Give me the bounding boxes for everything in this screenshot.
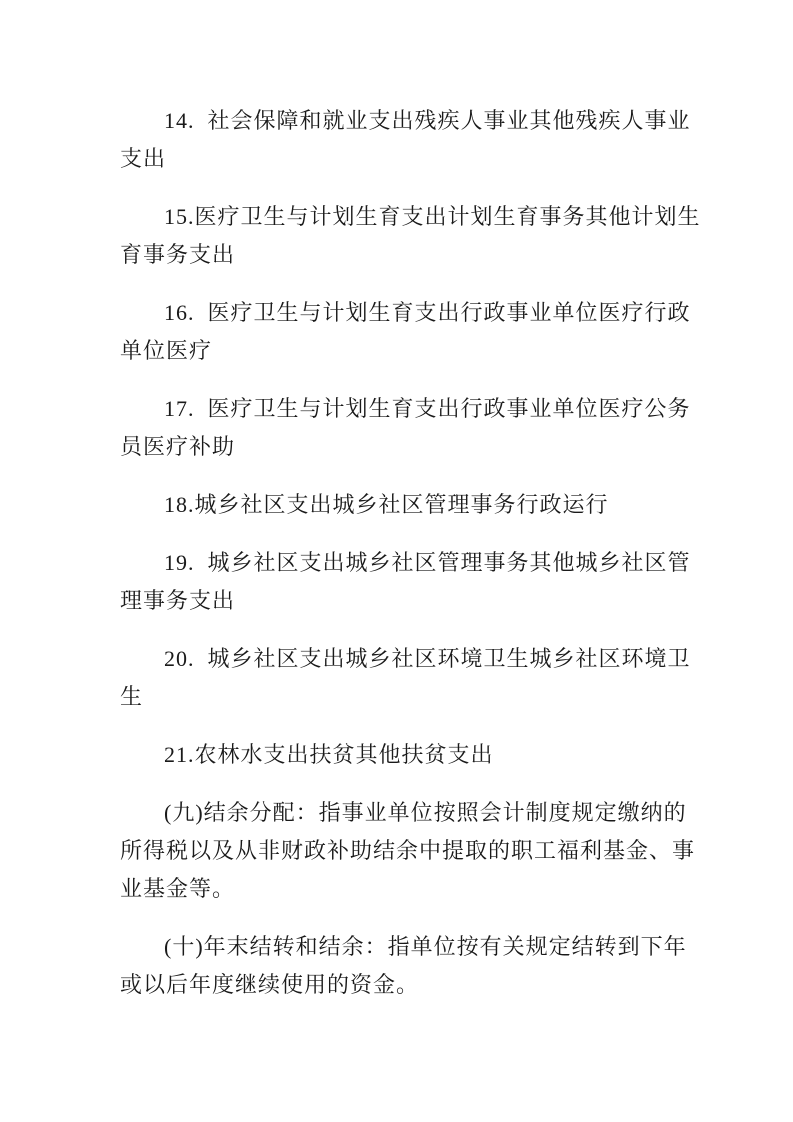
document-page: 14. 社会保障和就业支出残疾人事业其他残疾人事业支出15.医疗卫生与计划生育支… (0, 0, 793, 1122)
paragraph-item-17: 17. 医疗卫生与计划生育支出行政事业单位医疗公务员医疗补助 (120, 390, 720, 466)
text-line: 员医疗补助 (120, 428, 720, 466)
text-line: 育事务支出 (120, 236, 720, 274)
text-line: 单位医疗 (120, 332, 720, 370)
text-line: 17. 医疗卫生与计划生育支出行政事业单位医疗公务 (120, 390, 720, 428)
text-line: 业基金等。 (120, 870, 720, 908)
paragraph-item-21: 21.农林水支出扶贫其他扶贫支出 (120, 736, 720, 774)
paragraph-item-20: 20. 城乡社区支出城乡社区环境卫生城乡社区环境卫生 (120, 640, 720, 716)
text-line: (九)结余分配：指事业单位按照会计制度规定缴纳的 (120, 794, 720, 832)
text-line: 21.农林水支出扶贫其他扶贫支出 (120, 736, 720, 774)
text-line: 19. 城乡社区支出城乡社区管理事务其他城乡社区管 (120, 544, 720, 582)
text-line: 生 (120, 678, 720, 716)
paragraph-note-10: (十)年末结转和结余：指单位按有关规定结转到下年或以后年度继续使用的资金。 (120, 928, 720, 1004)
paragraph-item-18: 18.城乡社区支出城乡社区管理事务行政运行 (120, 486, 720, 524)
text-line: 20. 城乡社区支出城乡社区环境卫生城乡社区环境卫 (120, 640, 720, 678)
text-line: 14. 社会保障和就业支出残疾人事业其他残疾人事业 (120, 102, 720, 140)
text-line: 16. 医疗卫生与计划生育支出行政事业单位医疗行政 (120, 294, 720, 332)
text-line: 18.城乡社区支出城乡社区管理事务行政运行 (120, 486, 720, 524)
paragraph-item-14: 14. 社会保障和就业支出残疾人事业其他残疾人事业支出 (120, 102, 720, 178)
paragraph-item-16: 16. 医疗卫生与计划生育支出行政事业单位医疗行政单位医疗 (120, 294, 720, 370)
text-line: 支出 (120, 140, 720, 178)
paragraph-note-9: (九)结余分配：指事业单位按照会计制度规定缴纳的所得税以及从非财政补助结余中提取… (120, 794, 720, 908)
text-line: 或以后年度继续使用的资金。 (120, 966, 720, 1004)
text-line: 15.医疗卫生与计划生育支出计划生育事务其他计划生 (120, 198, 720, 236)
text-line: (十)年末结转和结余：指单位按有关规定结转到下年 (120, 928, 720, 966)
text-line: 所得税以及从非财政补助结余中提取的职工福利基金、事 (120, 832, 720, 870)
document-body: 14. 社会保障和就业支出残疾人事业其他残疾人事业支出15.医疗卫生与计划生育支… (120, 102, 720, 1004)
paragraph-item-19: 19. 城乡社区支出城乡社区管理事务其他城乡社区管理事务支出 (120, 544, 720, 620)
text-line: 理事务支出 (120, 582, 720, 620)
paragraph-item-15: 15.医疗卫生与计划生育支出计划生育事务其他计划生育事务支出 (120, 198, 720, 274)
